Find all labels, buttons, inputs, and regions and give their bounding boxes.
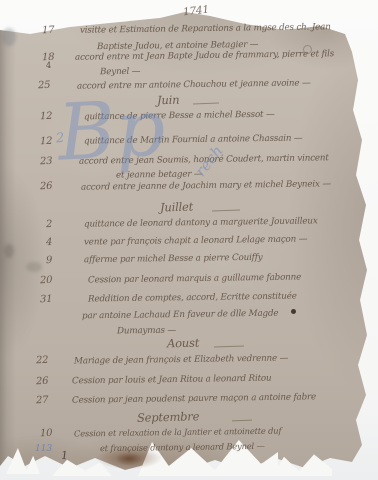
ink-ring	[303, 45, 312, 54]
margin-day: 26	[40, 181, 53, 192]
ink-dot	[291, 309, 296, 314]
margin-day: 10	[40, 428, 53, 439]
margin-day: 4	[46, 237, 53, 248]
margin-day: 26	[36, 376, 49, 387]
month-header-juillet: Juillet	[160, 200, 193, 215]
margin-day: 12	[40, 111, 53, 122]
month-header-septembre: Septembre	[137, 409, 200, 425]
entry-line: Beynel —	[100, 67, 140, 78]
margin-day: 20	[40, 275, 53, 286]
month-header-aoust: Aoust	[167, 336, 200, 351]
edge-smudge	[26, 262, 42, 272]
margin-day: 25	[38, 80, 51, 91]
margin-day: 23	[40, 156, 53, 167]
margin-day: 27	[36, 395, 49, 406]
margin-day: 31	[40, 294, 53, 305]
margin-mark: 4	[46, 61, 51, 70]
blue-pencil-monogram: Bp	[56, 89, 167, 173]
margin-day: 9	[46, 255, 53, 266]
ink-stain	[112, 452, 146, 466]
margin-day: 2	[46, 219, 53, 230]
margin-day: 22	[36, 355, 49, 366]
margin-day: 17	[42, 25, 55, 36]
blue-digit: 2	[55, 131, 65, 147]
edge-smudge	[4, 244, 14, 258]
page-number: 113	[35, 444, 52, 454]
edge-smudge	[2, 28, 16, 46]
margin-day: 12	[40, 136, 53, 147]
scanned-page: 1741 17 visitte et Estimation de Reparat…	[0, 0, 378, 480]
entry-line: Dumaymas —	[117, 326, 176, 337]
